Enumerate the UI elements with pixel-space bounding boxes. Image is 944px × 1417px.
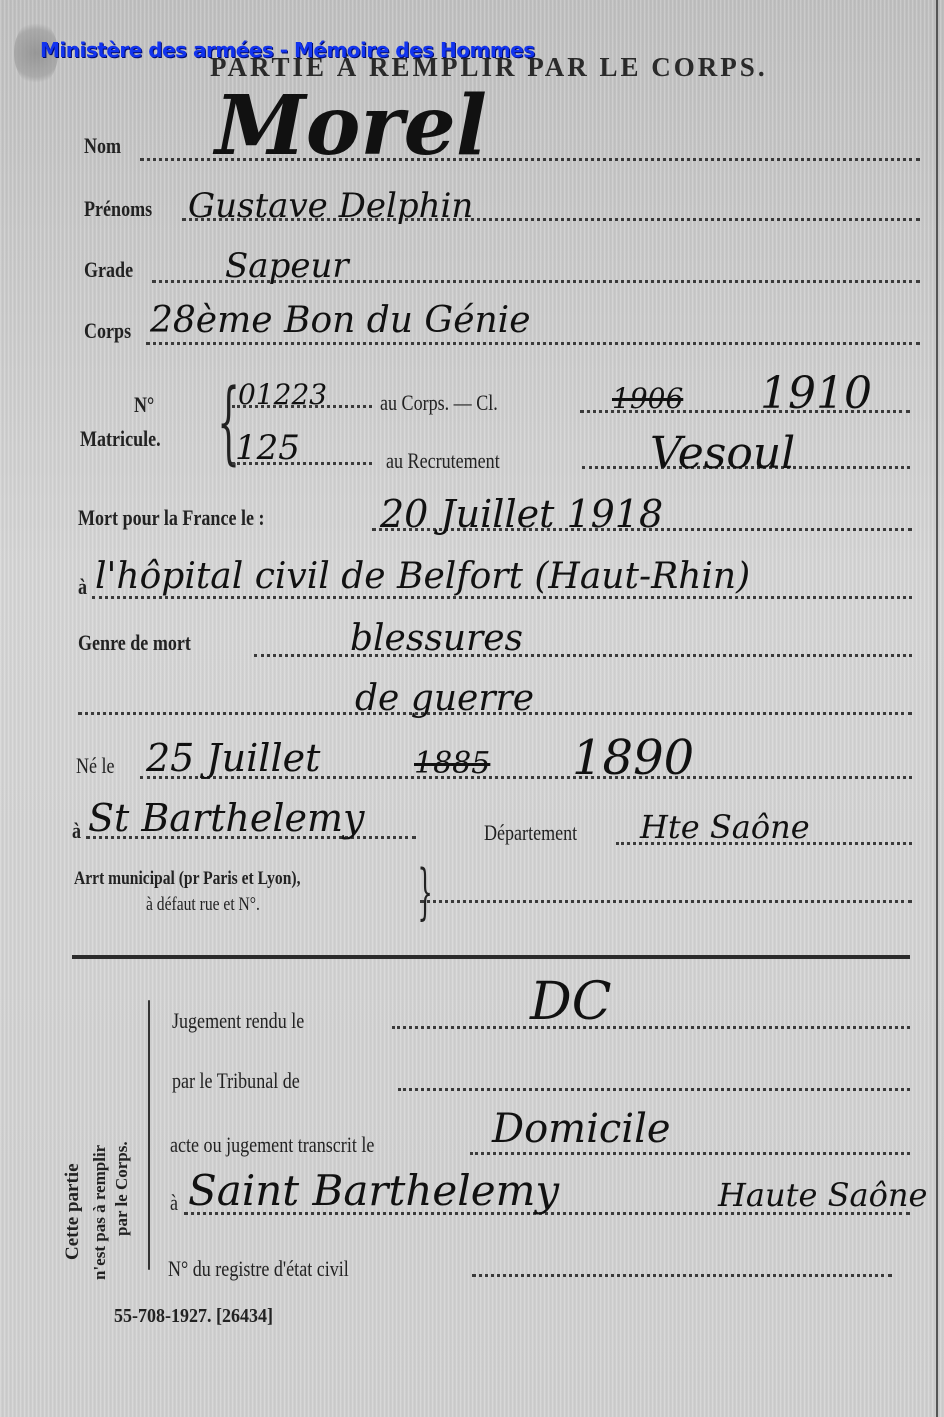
nom-label: Nom [84,133,121,159]
watermark: Ministère des armées - Mémoire des Homme… [40,38,535,62]
lieu-naissance-prefix: à [72,818,81,844]
side-note-line-2: n'est pas à remplir [90,1145,110,1280]
jugement-line [392,1026,910,1029]
acte-label: acte ou jugement transcrit le [170,1132,374,1158]
classe-struck: 1906 [612,382,683,415]
ne-le-value: 25 Juillet [146,736,320,780]
departement-value: Hte Saône [640,808,810,846]
au-recrutement-label: au Recrutement [386,448,500,474]
lieu-mort-value: l'hôpital civil de Belfort (Haut-Rhin) [95,556,750,597]
au-corps-label: au Corps. — Cl. [380,390,498,416]
a-lieu-value: Saint Barthelemy [188,1166,559,1215]
genre-mort-value-1: blessures [350,618,523,659]
mort-label: Mort pour la France le : [78,505,265,531]
prenoms-value: Gustave Delphin [188,186,473,226]
corps-line [146,342,920,345]
lieu-naissance-value: St Barthelemy [88,796,365,840]
genre-mort-value-2: de guerre [355,678,534,719]
matricule-corps-value: 01223 [238,378,327,411]
recrutement-place: Vesoul [650,428,795,479]
prenoms-label: Prénoms [84,196,152,222]
nom-value: Morel [215,78,487,174]
registre-label: N° du registre d'état civil [168,1256,349,1282]
corps-value: 28ème Bon du Génie [150,300,531,341]
ne-le-year: 1890 [572,730,694,786]
side-note: Cette partie n'est pas à remplir par le … [62,1040,152,1260]
arr-brace: } [417,862,432,922]
arr-line [420,900,912,903]
acte-value: Domicile [492,1106,671,1152]
matricule-no-label: N° [134,392,154,418]
a-lieu-value-2: Haute Saône [718,1176,927,1214]
lieu-mort-prefix: à [78,574,87,600]
arr-label-1: Arrt municipal (pr Paris et Lyon), [74,868,300,890]
registre-line [472,1274,892,1277]
ne-le-year-struck: 1885 [414,746,490,781]
a-lieu-prefix: à [170,1190,178,1216]
matricule-label: Matricule. [80,426,161,452]
form-reference: 55-708-1927. [26434] [114,1305,273,1328]
departement-label: Département [484,820,577,846]
grade-label: Grade [84,257,133,283]
classe-value: 1910 [760,368,872,419]
mort-value: 20 Juillet 1918 [380,492,663,536]
tribunal-label: par le Tribunal de [172,1068,300,1094]
side-note-line-3: par le Corps. [112,1141,132,1236]
tribunal-line [398,1088,910,1091]
page-edge [936,0,938,1417]
corps-label: Corps [84,318,131,344]
section-divider [72,955,910,959]
jugement-value: DC [530,972,611,1032]
recrutement-no-value: 125 [235,428,300,468]
grade-value: Sapeur [225,246,349,286]
arr-label-2: à défaut rue et N°. [146,894,260,916]
genre-mort-label: Genre de mort [78,630,191,656]
ne-le-label: Né le [76,753,115,779]
jugement-label: Jugement rendu le [172,1008,304,1034]
side-note-line-1: Cette partie [62,1163,84,1260]
side-brace [148,1000,150,1270]
acte-line [470,1152,910,1155]
